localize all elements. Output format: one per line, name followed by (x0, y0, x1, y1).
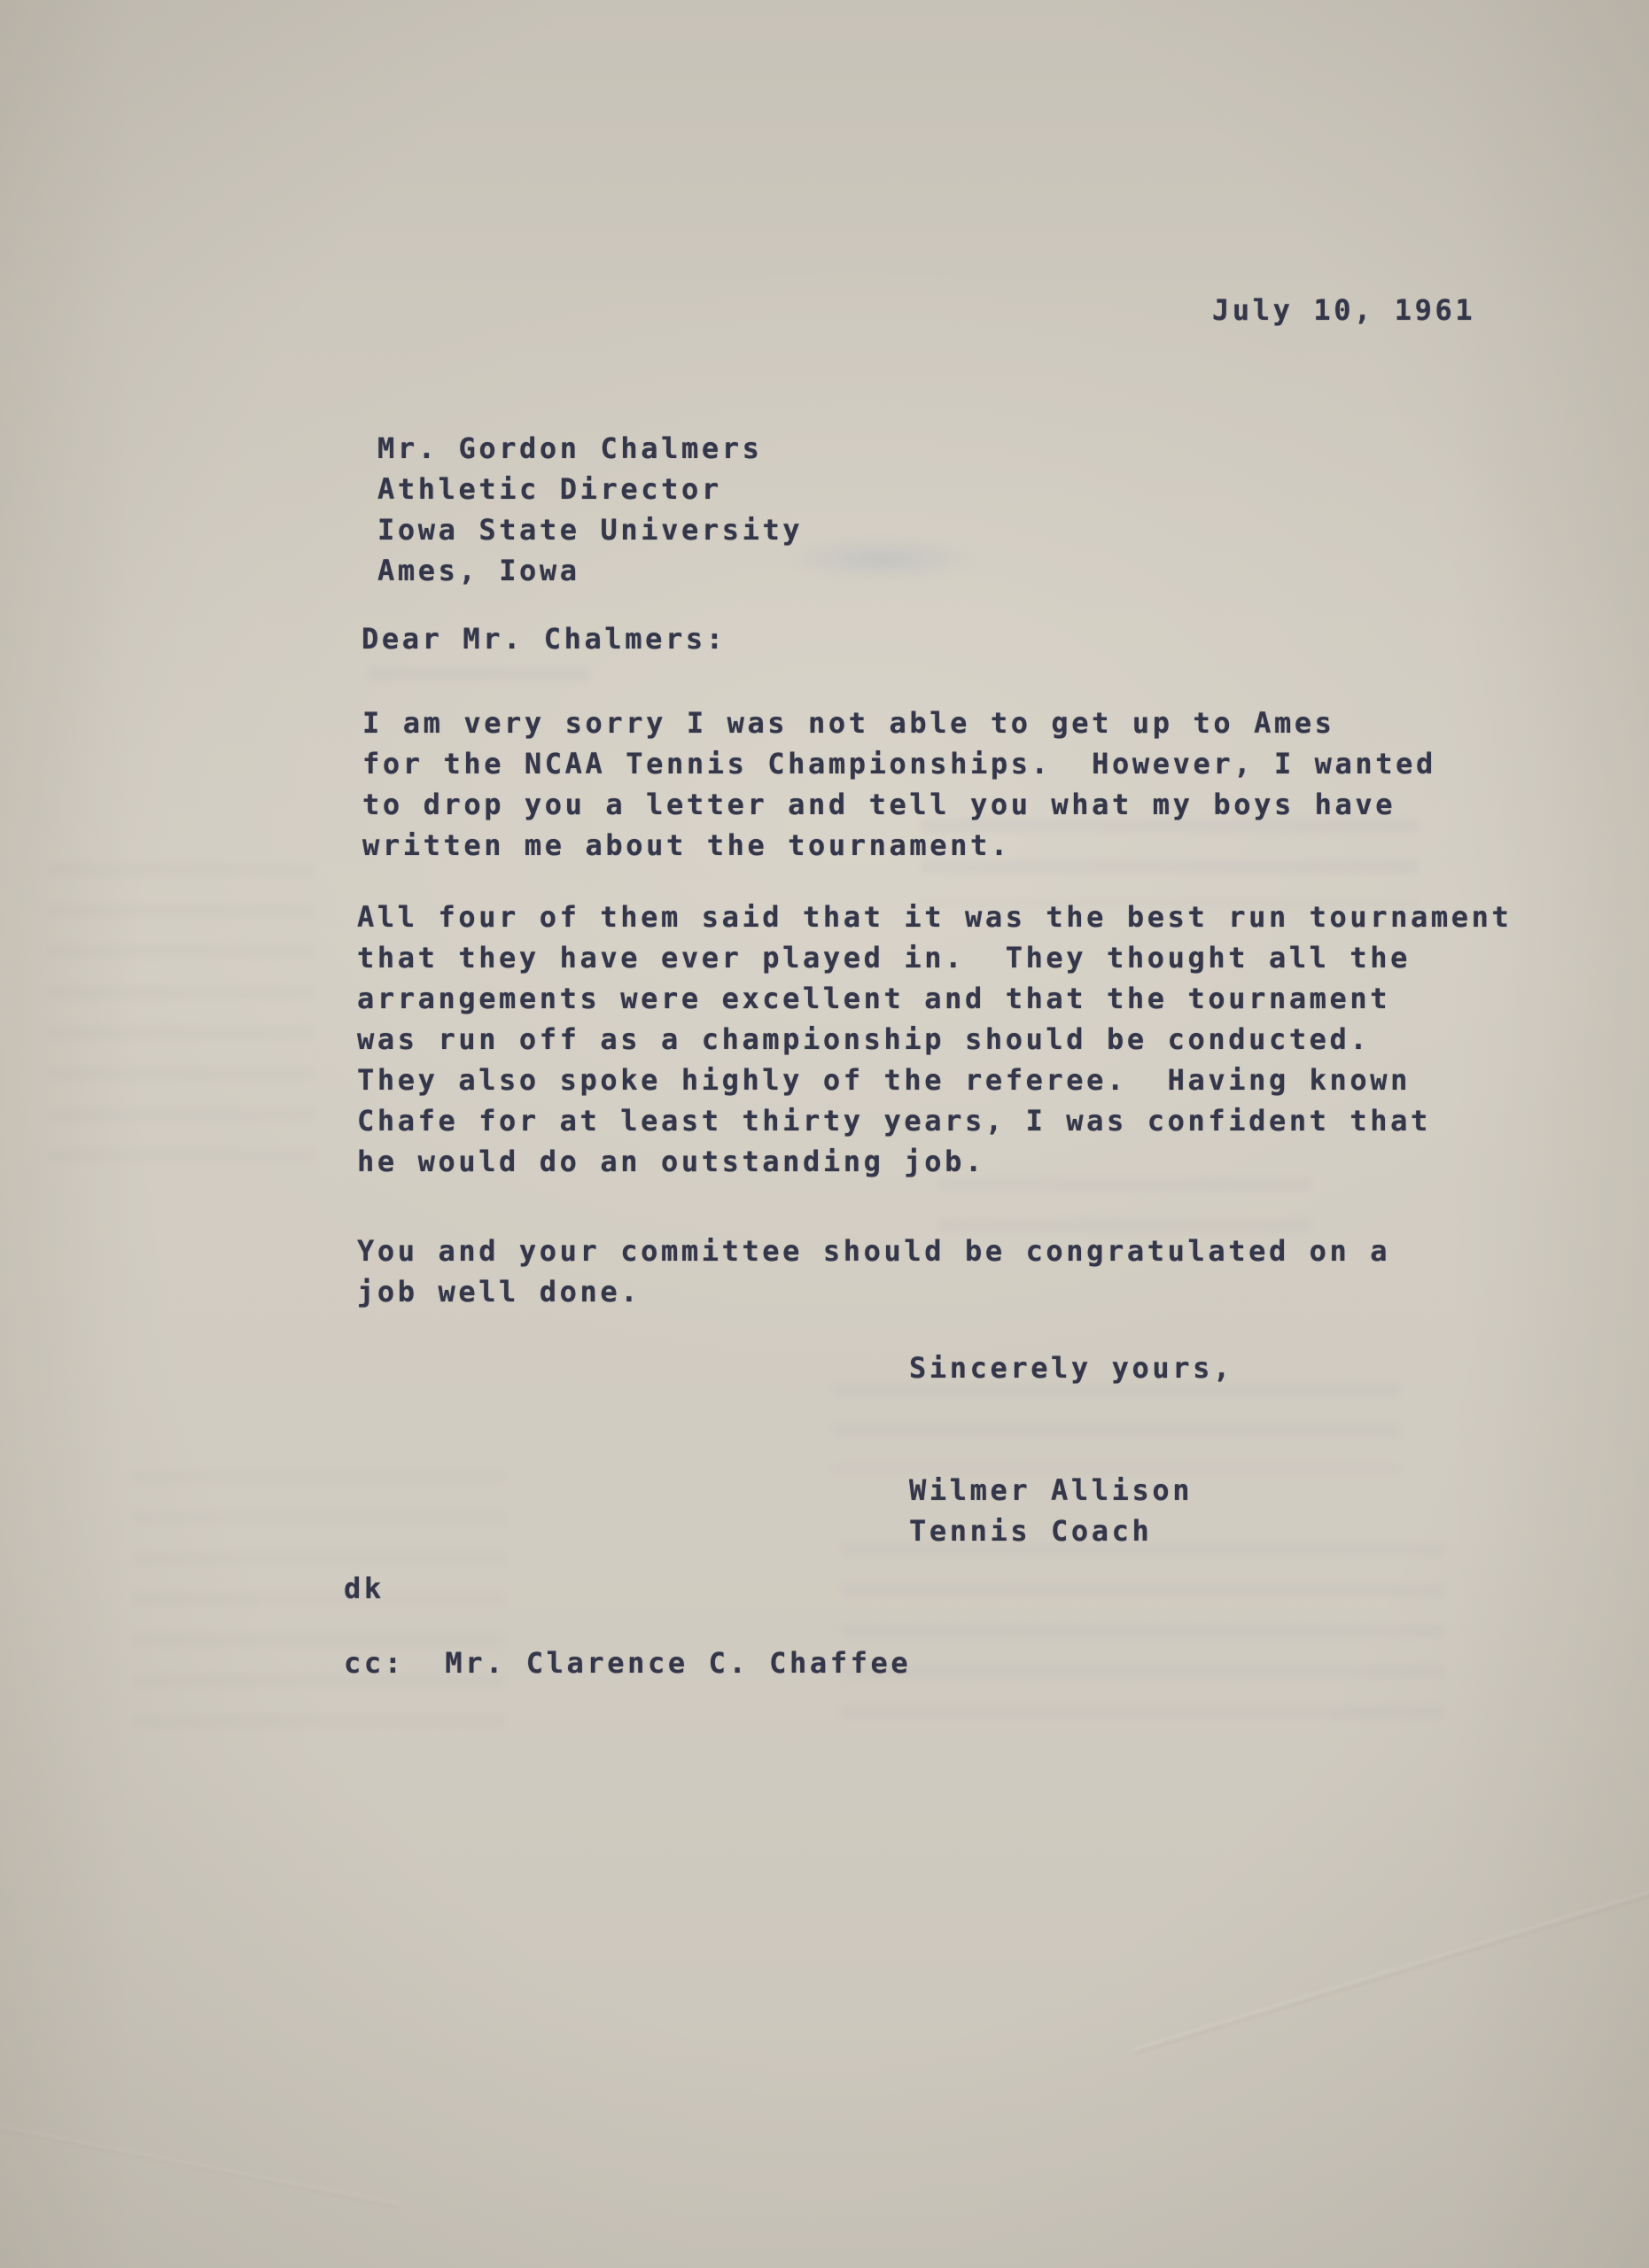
letter-date: July 10, 1961 (1212, 290, 1475, 330)
bleed-through-ghost (833, 1384, 1400, 1472)
closing-phrase: Sincerely yours, (909, 1348, 1233, 1388)
bleed-through-ghost (939, 1178, 1311, 1231)
body-paragraph-2: All four of them said that it was the be… (357, 897, 1512, 1182)
paper-crease (1133, 1876, 1649, 2055)
salutation: Dear Mr. Chalmers: (362, 618, 727, 659)
signature-block: Wilmer Allison Tennis Coach (909, 1470, 1193, 1551)
body-paragraph-3: You and your committee should be congrat… (357, 1231, 1390, 1312)
paper-crease (0, 2117, 401, 2209)
body-paragraph-1: I am very sorry I was not able to get up… (362, 703, 1436, 866)
typist-initials: dk (344, 1568, 385, 1609)
bleed-through-ghost (49, 864, 315, 1165)
letter-paper: July 10, 1961 Mr. Gordon Chalmers Athlet… (0, 0, 1649, 2268)
letter-photo: July 10, 1961 Mr. Gordon Chalmers Athlet… (0, 0, 1649, 2268)
bleed-through-ghost (133, 1471, 505, 1728)
cc-line: cc: Mr. Clarence C. Chaffee (344, 1643, 911, 1683)
bleed-through-ghost (368, 668, 589, 698)
bleed-through-ghost (842, 1543, 1444, 1747)
recipient-address: Mr. Gordon Chalmers Athletic Director Io… (377, 428, 803, 591)
ink-smudge (780, 535, 984, 583)
